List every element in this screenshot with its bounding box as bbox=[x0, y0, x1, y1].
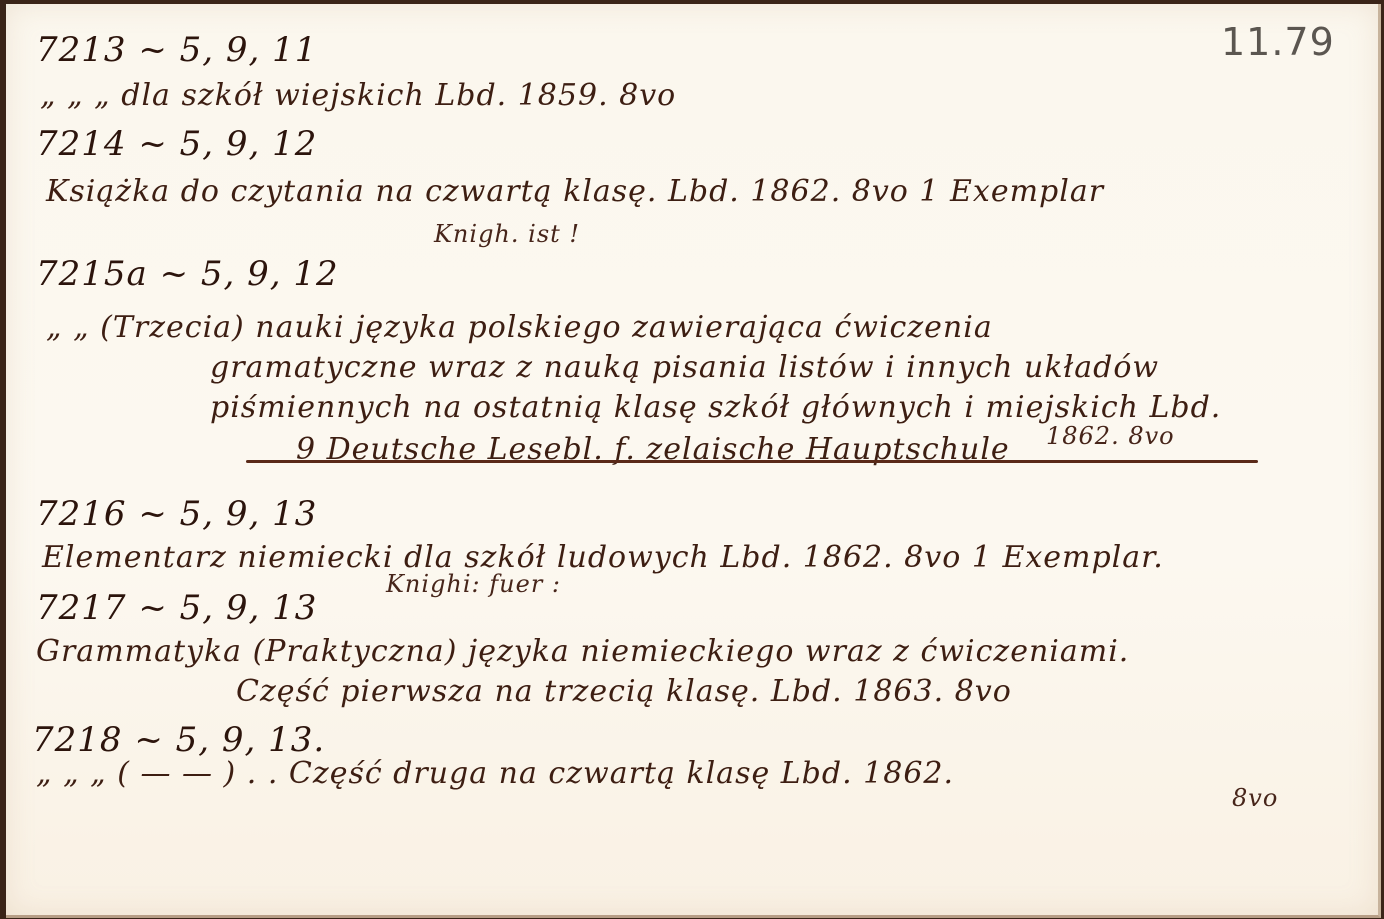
pencil-page-number: 11.79 bbox=[1221, 20, 1335, 64]
entry-7216-call-number: 7216 ~ 5, 9, 13 bbox=[36, 494, 317, 534]
entry-7218-call-number: 7218 ~ 5, 9, 13. bbox=[32, 720, 325, 760]
entry-separator-rule bbox=[246, 460, 1258, 463]
entry-7214-note: Knigh. ist ! bbox=[434, 220, 580, 248]
entry-7218-title: „ „ „ ( — — ) . . Część druga na czwartą… bbox=[36, 756, 954, 791]
catalog-card: 11.79 7213 ~ 5, 9, 11 „ „ „ dla szkół wi… bbox=[6, 4, 1381, 918]
entry-7215a-line-1: „ „ (Trzecia) nauki języka polskiego zaw… bbox=[46, 310, 993, 345]
entry-7214-title: Książka do czytania na czwartą klasę. Lb… bbox=[46, 174, 1104, 209]
entry-7214-call-number: 7214 ~ 5, 9, 12 bbox=[36, 124, 317, 164]
entry-7217-line-2: Część pierwsza na trzecią klasę. Lbd. 18… bbox=[236, 674, 1012, 709]
entry-7218-format: 8vo bbox=[1232, 784, 1278, 812]
entry-7215a-year: 1862. 8vo bbox=[1046, 422, 1175, 450]
entry-7215a-call-number: 7215a ~ 5, 9, 12 bbox=[36, 254, 339, 294]
entry-7216-title: Elementarz niemiecki dla szkół ludowych … bbox=[42, 540, 1164, 575]
entry-7215a-line-3: piśmiennych na ostatnią klasę szkół głów… bbox=[210, 390, 1221, 425]
entry-7217-call-number: 7217 ~ 5, 9, 13 bbox=[36, 588, 317, 628]
entry-7217-line-1: Grammatyka (Praktyczna) języka niemiecki… bbox=[36, 634, 1129, 669]
entry-7213-title: „ „ „ dla szkół wiejskich Lbd. 1859. 8vo bbox=[40, 78, 676, 113]
entry-7215a-line-2: gramatyczne wraz z nauką pisania listów … bbox=[210, 350, 1159, 385]
entry-7216-note: Knighi: fuer : bbox=[386, 570, 561, 598]
entry-7213-call-number: 7213 ~ 5, 9, 11 bbox=[36, 30, 317, 70]
